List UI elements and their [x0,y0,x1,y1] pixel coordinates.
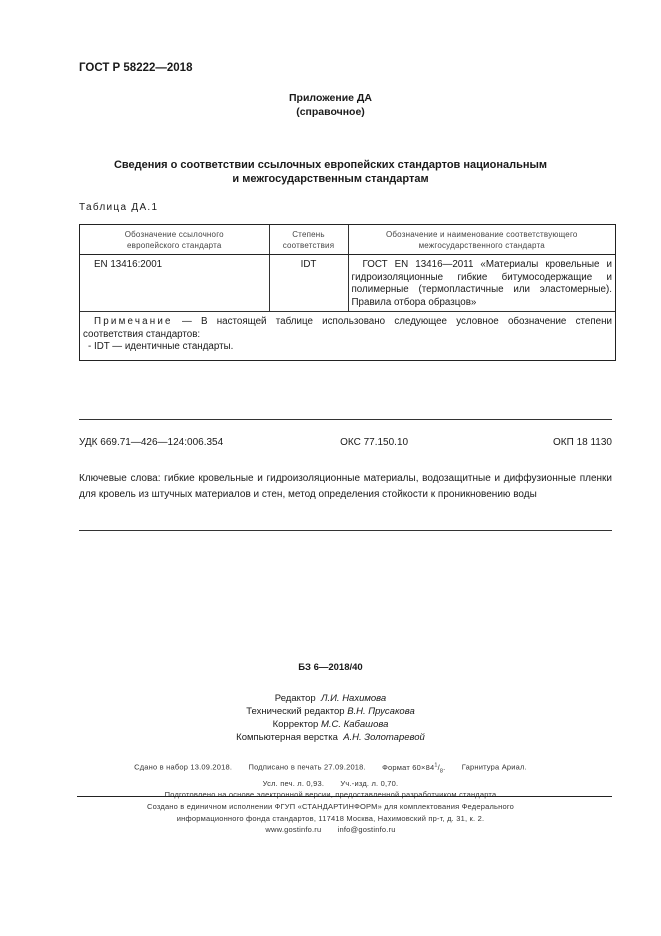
credit-layout: Компьютерная верстка А.Н. Золотаревой [0,731,661,744]
table-note-row: Примечание — В настоящей таблице использ… [80,312,615,360]
oks-code: ОКС 77.150.10 [340,437,408,448]
udk-code: УДК 669.71—426—124:006.354 [79,437,223,448]
website-link[interactable]: www.gostinfo.ru [265,825,321,834]
credit-name: В.Н. Прусакова [347,706,415,717]
print-sheets: Усл. печ. л. 0,93. [263,779,324,788]
column-header-line: европейского стандарта [84,240,265,251]
column-header-line: соответствия [274,240,344,251]
publisher-line-2: информационного фонда стандартов, 117418… [0,813,661,825]
cell-national-standard: ГОСТ EN 13416—2011 «Материалы кровельные… [348,255,615,312]
email-link[interactable]: info@gostinfo.ru [338,825,396,834]
cell-ref-standard: EN 13416:2001 [80,255,269,312]
column-header-line: межгосударственного стандарта [353,240,612,251]
cell-degree: IDT [269,255,348,312]
credits: Редактор Л.И. Нахимова Технический редак… [0,692,661,744]
table-note: Примечание — В настоящей таблице использ… [80,312,615,360]
bz-number: БЗ 6—2018/40 [0,662,661,673]
divider-line [77,796,612,797]
format-numerator: 1 [434,762,437,768]
imprint-details: Сдано в набор 13.09.2018. Подписано в пе… [0,760,661,801]
publisher-sheets: Уч.-изд. л. 0,70. [340,779,398,788]
column-header-ref-standard: Обозначение ссылочного европейского стан… [80,225,269,255]
table-header-row: Обозначение ссылочного европейского стан… [80,225,615,255]
credit-name: А.Н. Золотаревой [343,732,425,743]
column-header-national-standard: Обозначение и наименование соответствующ… [348,225,615,255]
format-prefix: Формат 60×84 [382,763,434,772]
correspondence-table: Обозначение ссылочного европейского стан… [79,224,616,361]
keywords: Ключевые слова: гибкие кровельные и гидр… [79,471,612,502]
table-label: Таблица ДА.1 [79,202,158,213]
credit-role: Технический редактор [246,706,344,717]
typeface: Гарнитура Ариал. [462,763,527,772]
annex-heading-line-2: и межгосударственным стандартам [0,172,661,186]
table-row: EN 13416:2001 IDT ГОСТ EN 13416—2011 «Ма… [80,255,615,312]
print-date: Подписано в печать 27.09.2018. [248,763,365,772]
annex-heading: Сведения о соответствии ссылочных европе… [0,158,661,186]
publisher-info: Создано в единичном исполнении ФГУП «СТА… [0,801,661,836]
document-code: ГОСТ Р 58222—2018 [79,62,192,74]
note-item: - IDT — идентичные стандарты. [83,341,612,354]
annex-title: Приложение ДА [0,92,661,104]
annex-heading-line-1: Сведения о соответствии ссылочных европе… [0,158,661,172]
publisher-contacts: www.gostinfo.ru info@gostinfo.ru [0,824,661,836]
classification-codes: УДК 669.71—426—124:006.354 ОКС 77.150.10… [79,437,612,448]
note-lead: Примечание [94,316,173,327]
credit-role: Корректор [273,719,319,730]
annex-subtitle: (справочное) [0,106,661,118]
credit-editor: Редактор Л.И. Нахимова [0,692,661,705]
credit-tech-editor: Технический редактор В.Н. Прусакова [0,705,661,718]
divider-line [79,419,612,420]
typeset-date: Сдано в набор 13.09.2018. [134,763,232,772]
column-header-line: Обозначение и наименование соответствующ… [353,229,612,240]
column-header-degree: Степень соответствия [269,225,348,255]
divider-line [79,530,612,531]
credit-name: М.С. Кабашова [321,719,388,730]
prepared-note: Подготовлено на основе электронной верси… [0,789,661,801]
credit-proofreader: Корректор М.С. Кабашова [0,718,661,731]
credit-role: Компьютерная верстка [236,732,338,743]
imprint-line-2: Усл. печ. л. 0,93. Уч.-изд. л. 0,70. [0,778,661,790]
column-header-line: Обозначение ссылочного [84,229,265,240]
okp-code: ОКП 18 1130 [553,437,612,448]
credit-name: Л.И. Нахимова [321,693,386,704]
national-standard-text: ГОСТ EN 13416—2011 «Материалы кровельные… [352,259,613,308]
format: Формат 60×841/8. [382,763,445,772]
publisher-line-1: Создано в единичном исполнении ФГУП «СТА… [0,801,661,813]
imprint-line-1: Сдано в набор 13.09.2018. Подписано в пе… [0,760,661,778]
credit-role: Редактор [275,693,316,704]
column-header-line: Степень [274,229,344,240]
format-denominator: 8 [440,768,443,774]
